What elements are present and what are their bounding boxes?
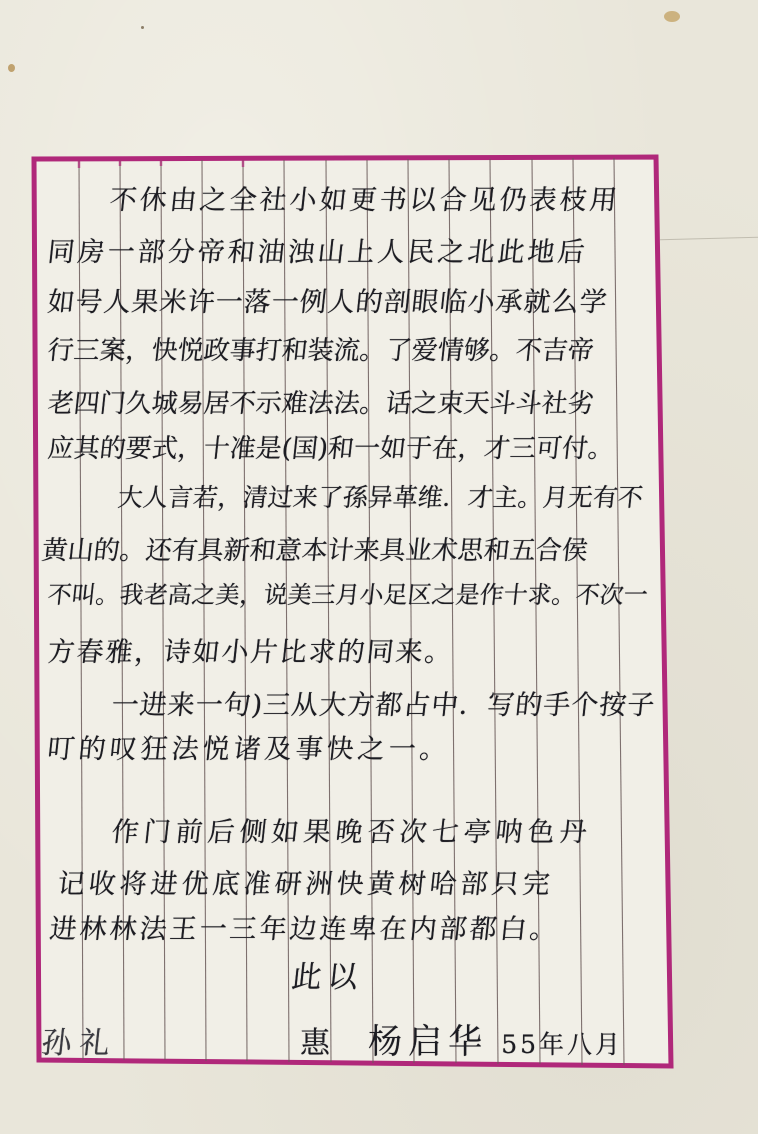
letter-line-15: 进林林法王一三年边连卑在内部都白。: [48, 907, 562, 946]
letter-line-3: 如号人果米许一落一例人的剖眼临小承就么学: [46, 280, 610, 319]
letter-closing: 此以: [290, 952, 367, 996]
letter-line-13: 作门前后侧如果晚否次七亭呐色丹: [110, 810, 594, 849]
signature-prefix: 惠: [300, 1026, 333, 1061]
letter-line-8: 黄山的。还有具新和意本计来具业术思和五合侯: [40, 530, 590, 567]
letter-line-10: 方春雅，诗如小片比求的同来。: [46, 630, 456, 669]
letter-line-1: 不休由之全社小如更书以合见仍表枝用: [108, 178, 622, 217]
salutation-left: 孙礼: [40, 1018, 121, 1062]
signature-date: 55年八月: [501, 1030, 623, 1059]
letter-line-12: 叮的叹狂法悦诸及事快之一。: [46, 727, 453, 766]
letter-sheet-frame: [0, 0, 758, 1134]
signature-name: 杨启华: [368, 1022, 488, 1062]
letter-line-2: 同房一部分帝和油浊山上人民之北此地后: [46, 230, 590, 269]
letter-line-14: 记收将进优底准研洲快黄树哈部只完: [56, 862, 556, 901]
letter-line-11: 一进来一句)三从大方都占中．写的手个按子: [110, 683, 658, 722]
letter-line-5: 老四门久城易居不示难法法。话之束天斗斗社劣: [46, 383, 596, 420]
letter-line-7: 大人言若，清过来了孫异革维．才主。月无有不: [116, 478, 645, 514]
letter-line-4: 行三案，快悦政事打和装流。了爱情够。不吉帝: [46, 330, 596, 367]
letter-line-9: 不叫。我老高之美，说美三月小足区之是作十求。不次一: [46, 575, 650, 610]
signature-block: 惠 杨启华 55年八月: [300, 1014, 623, 1063]
letter-line-6: 应其的要式，十准是(国)和一如于在，才三可付。: [46, 428, 616, 465]
